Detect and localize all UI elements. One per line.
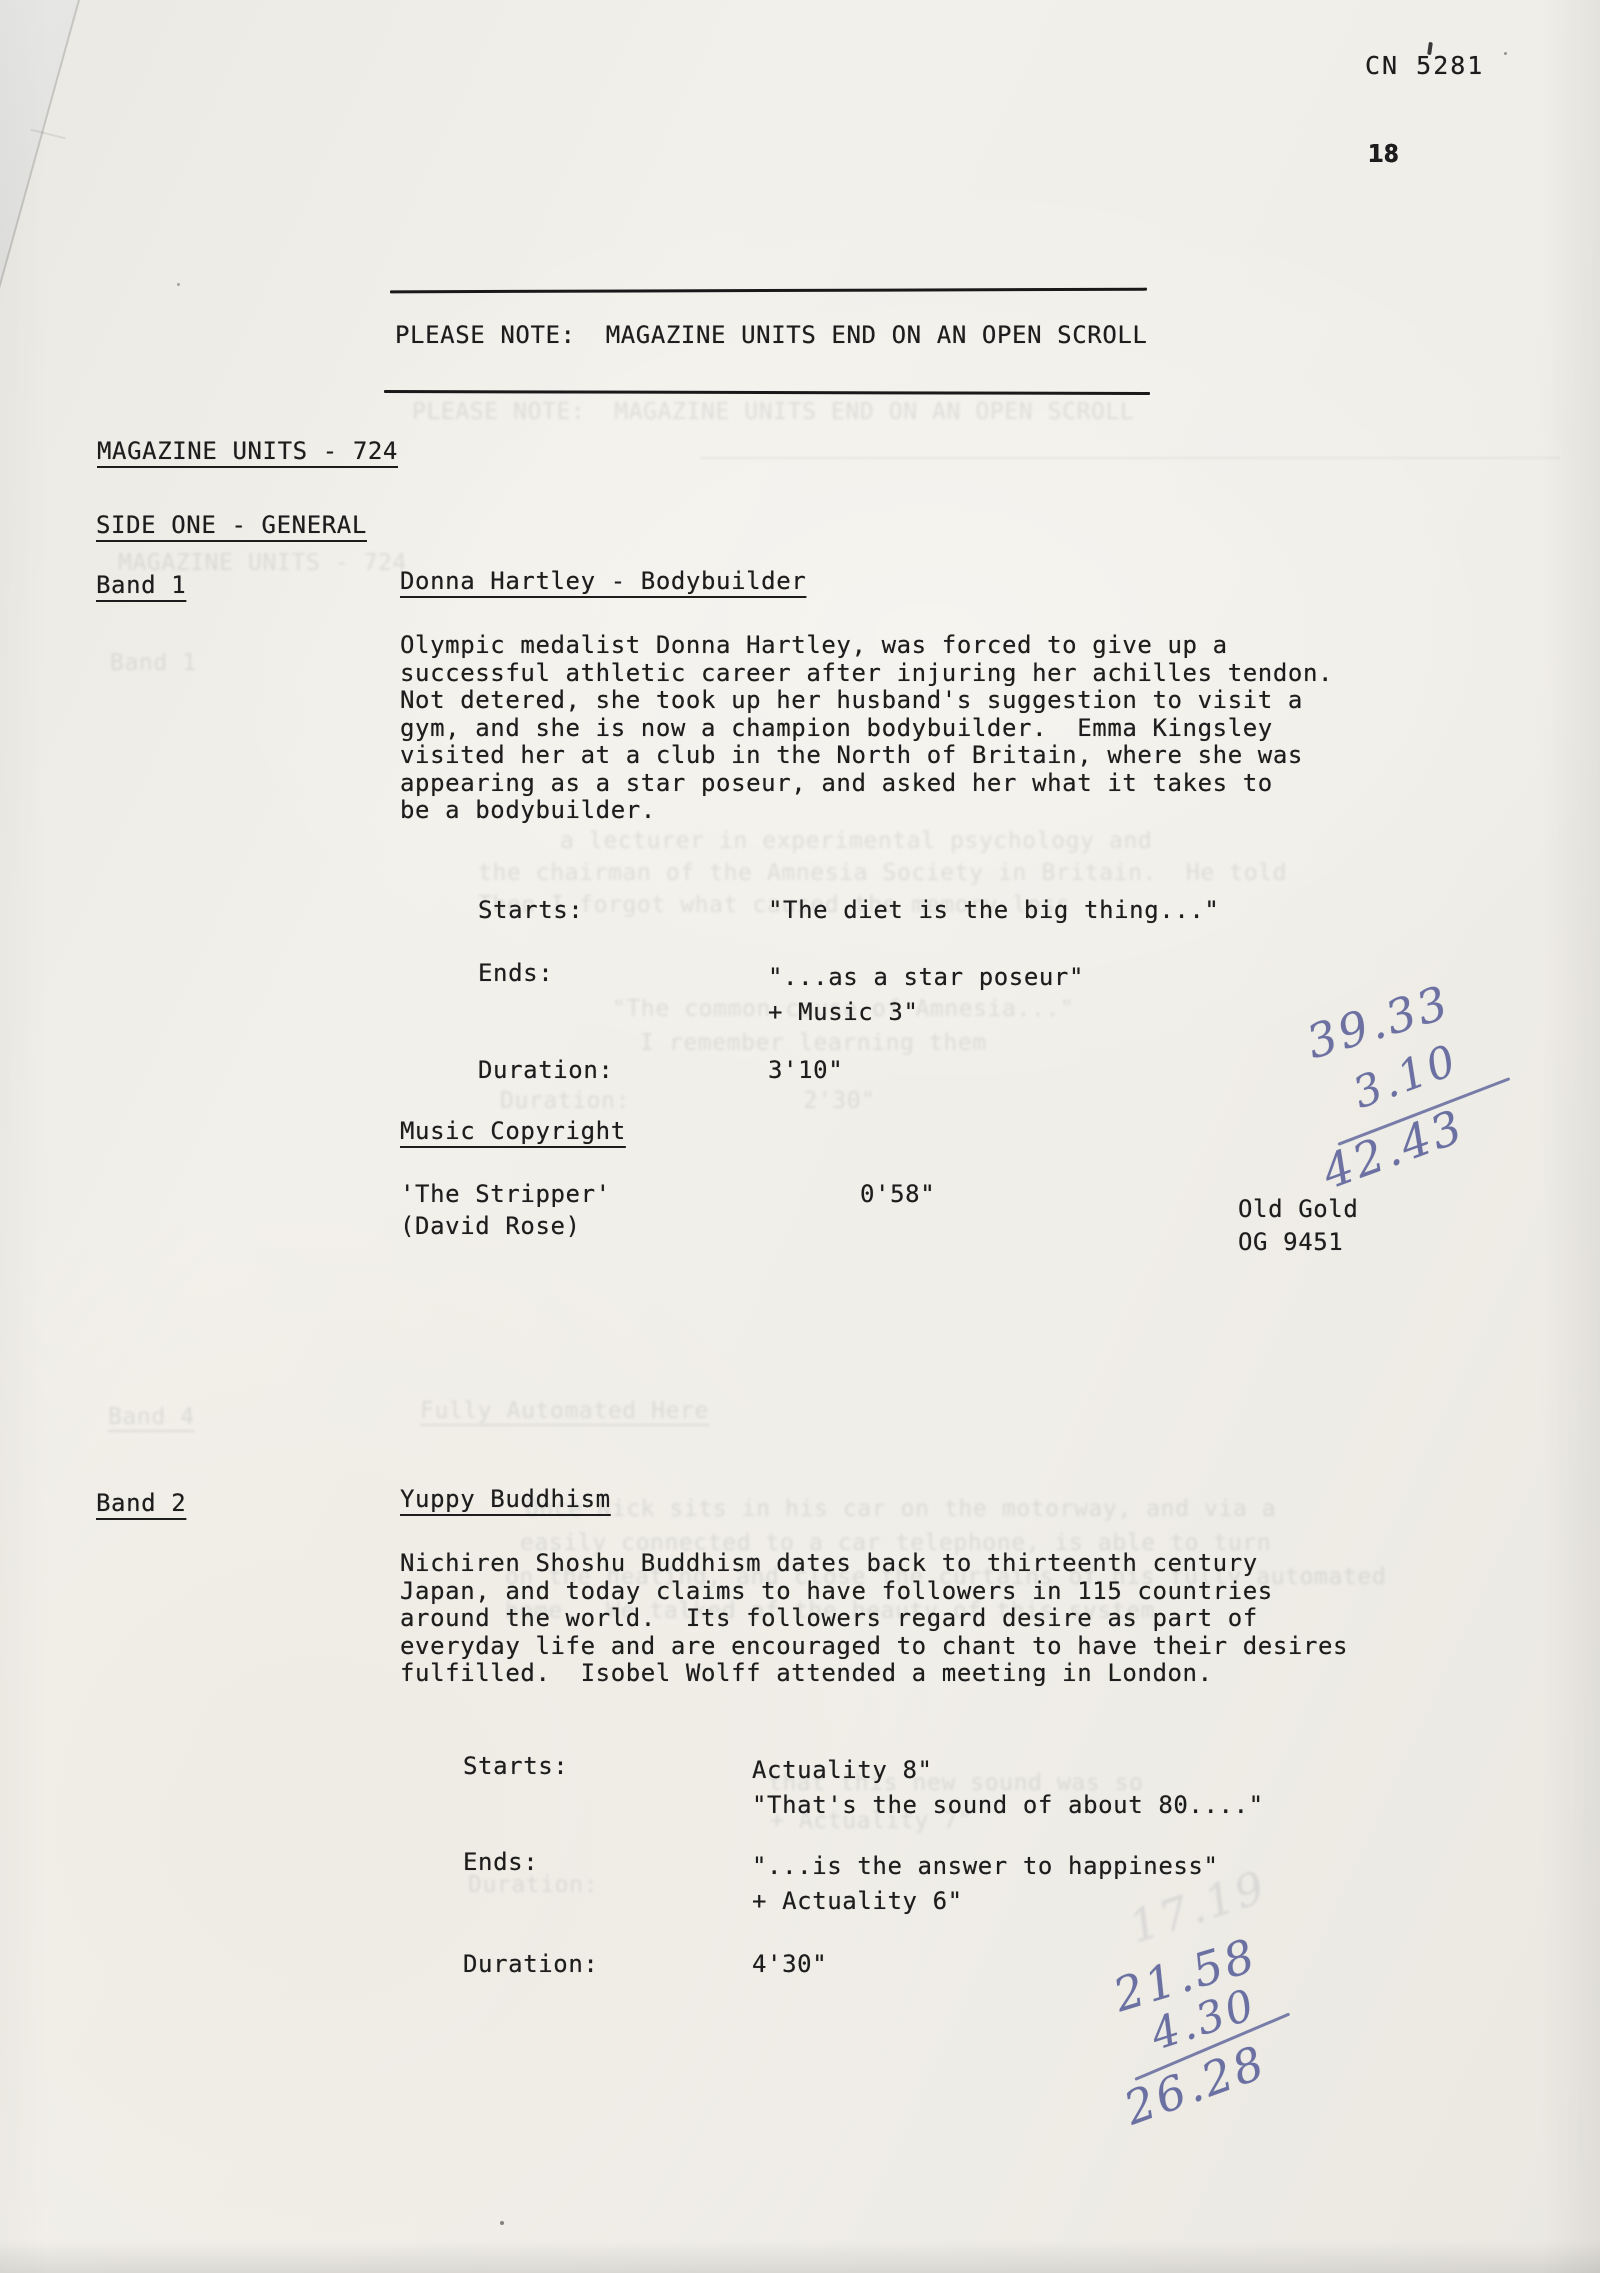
band2-ends-label: Ends:	[463, 1849, 538, 1877]
band1-starts-label: Starts:	[478, 897, 583, 925]
band2-starts-value: Actuality 8" "That's the sound of about …	[752, 1753, 1264, 1823]
ghost-text: Band 1	[110, 650, 197, 677]
band1-title: Donna Hartley - Bodybuilder	[400, 568, 806, 596]
ghost-text: PLEASE NOTE: MAGAZINE UNITS END ON AN OP…	[412, 399, 1134, 426]
ghost-text: Band 4	[108, 1404, 195, 1431]
ghost-text: Duration: 2'30"	[500, 1088, 876, 1115]
band1-ends-value: "...as a star poseur" + Music 3"	[768, 960, 1084, 1030]
band1-ends-label: Ends:	[478, 960, 553, 988]
band2-title: Yuppy Buddhism	[400, 1486, 611, 1514]
band1-label: Band 1	[96, 572, 186, 600]
band2-duration-label: Duration:	[463, 1951, 598, 1979]
record-label-number: OG 9451	[1238, 1229, 1343, 1257]
handwritten-total: 26.28	[1117, 2035, 1273, 2136]
music-composer: (David Rose)	[400, 1213, 581, 1241]
band2-duration-value: 4'30"	[752, 1951, 827, 1979]
ghost-text: Once Nick sits in his car on the motorwa…	[525, 1496, 1276, 1523]
document-title: MAGAZINE UNITS - 724	[97, 438, 398, 466]
notice-text: PLEASE NOTE: MAGAZINE UNITS END ON AN OP…	[395, 322, 1147, 350]
band1-starts-value: "The diet is the big thing..."	[768, 897, 1219, 925]
ghost-line	[700, 457, 1560, 459]
band1-description: Olympic medalist Donna Hartley, was forc…	[400, 632, 1380, 825]
ghost-text: the chairman of the Amnesia Society in B…	[478, 860, 1287, 887]
ink-speck	[1504, 52, 1507, 55]
ghost-text: Fully Automated Here	[420, 1398, 709, 1425]
ink-speck	[500, 2221, 504, 2225]
folded-corner	[0, 0, 90, 300]
document-reference: CN 5281	[1365, 52, 1484, 80]
ink-speck	[177, 283, 180, 286]
document-subtitle: SIDE ONE - GENERAL	[96, 512, 367, 540]
handwritten-total: 42.43	[1315, 1099, 1471, 1200]
page-number: 18	[1368, 140, 1399, 168]
music-title: 'The Stripper'	[400, 1181, 611, 1209]
music-duration: 0'58"	[860, 1181, 935, 1209]
band1-duration-label: Duration:	[478, 1057, 613, 1085]
ghost-text: I remember learning them	[640, 1030, 987, 1057]
music-copyright-heading: Music Copyright	[400, 1118, 626, 1146]
band2-starts-label: Starts:	[463, 1753, 568, 1781]
band1-duration-value: 3'10"	[768, 1057, 843, 1085]
scanned-document-page: PLEASE NOTE: MAGAZINE UNITS END ON AN OP…	[0, 0, 1600, 2273]
record-label-name: Old Gold	[1238, 1196, 1358, 1224]
band2-description: Nichiren Shoshu Buddhism dates back to t…	[400, 1550, 1400, 1688]
band2-label: Band 2	[96, 1490, 186, 1518]
notice-rule-bottom	[384, 390, 1150, 395]
ghost-text: a lecturer in experimental psychology an…	[560, 828, 1152, 855]
notice-rule-top	[390, 288, 1147, 294]
